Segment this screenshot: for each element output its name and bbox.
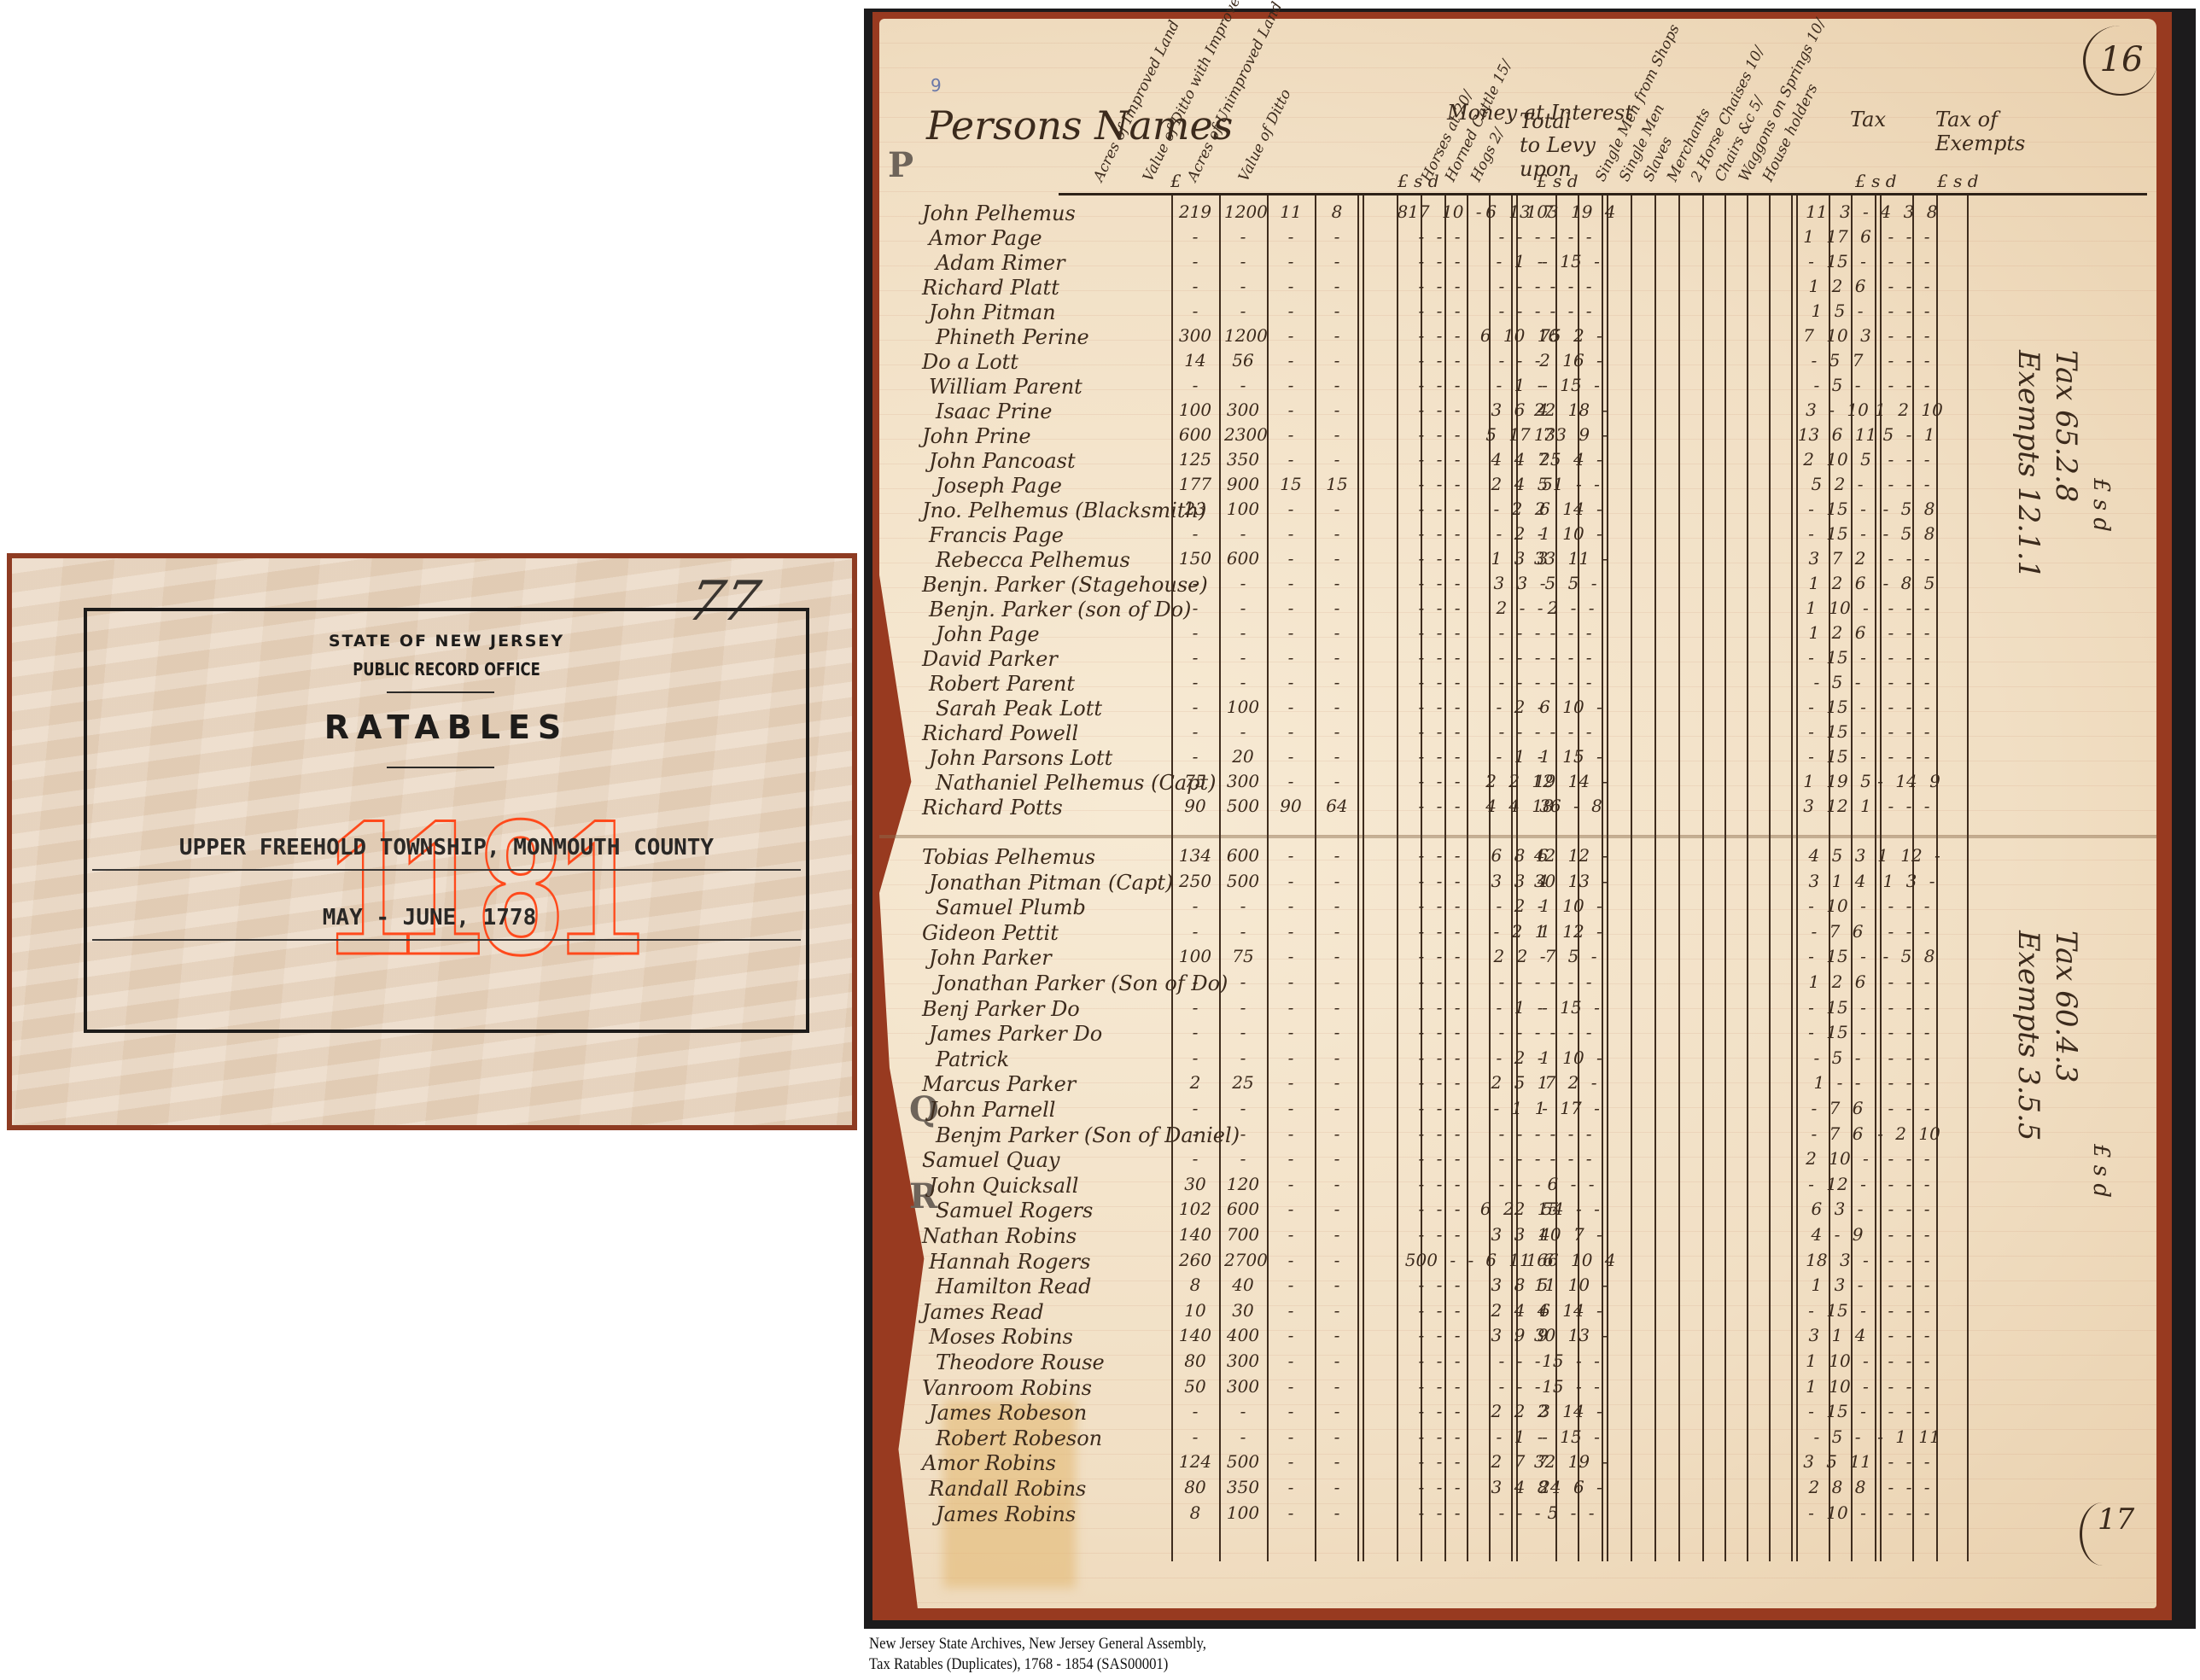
cell-exempt: - - - bbox=[1862, 548, 1956, 569]
cell-exempt: 5 - 1 bbox=[1862, 424, 1956, 445]
cell-value: - bbox=[1224, 226, 1262, 247]
cell-acres: 100 bbox=[1176, 400, 1214, 420]
cell-exempt: - - - bbox=[1862, 474, 1956, 494]
person-name: Richard Powell bbox=[922, 721, 1078, 745]
cell-unimp-value: - bbox=[1318, 746, 1356, 767]
cell-acres: - bbox=[1176, 1047, 1214, 1068]
cell-acres: 10 bbox=[1176, 1300, 1214, 1321]
person-name: Sarah Peak Lott bbox=[936, 697, 1102, 720]
cell-acres: 125 bbox=[1176, 449, 1214, 470]
cell-acres: - bbox=[1176, 1123, 1214, 1144]
cell-acres: - bbox=[1176, 300, 1214, 321]
cell-unimp-acres: - bbox=[1272, 895, 1310, 916]
cell-unimp-acres: - bbox=[1272, 1350, 1310, 1371]
cell-value: 56 bbox=[1224, 350, 1262, 370]
col-rule bbox=[1631, 195, 1632, 1561]
cell-unimp-acres: - bbox=[1272, 946, 1310, 966]
person-name: Robert Parent bbox=[929, 672, 1075, 696]
cell-unimp-value: - bbox=[1318, 325, 1356, 346]
col-header: Value of Ditto bbox=[1235, 87, 1295, 184]
cell-total: 30 13 - bbox=[1515, 1325, 1626, 1345]
person-name: Hannah Rogers bbox=[929, 1250, 1090, 1274]
cell-acres: 23 bbox=[1176, 499, 1214, 519]
cell-total: - 15 - bbox=[1515, 251, 1626, 271]
cell-value: 900 bbox=[1224, 474, 1262, 494]
cell-unimp-acres: - bbox=[1272, 1275, 1310, 1295]
person-name: John Pelhemus bbox=[922, 201, 1076, 225]
cell-unimp-value: - bbox=[1318, 1199, 1356, 1219]
cell-total: 32 19 - bbox=[1515, 1451, 1626, 1472]
cell-acres: - bbox=[1176, 697, 1214, 717]
cell-acres: - bbox=[1176, 523, 1214, 544]
cell-value: 500 bbox=[1224, 796, 1262, 816]
cell-unimp-acres: - bbox=[1272, 1401, 1310, 1421]
cell-acres: 50 bbox=[1176, 1376, 1214, 1397]
person-name: John Parker bbox=[929, 946, 1052, 970]
cell-value: 300 bbox=[1224, 1376, 1262, 1397]
person-name: Benjn. Parker (son of Do) bbox=[929, 598, 1191, 621]
cell-total: 1 10 - bbox=[1515, 895, 1626, 916]
cell-acres: 219 bbox=[1176, 201, 1214, 222]
cell-unimp-acres: - bbox=[1272, 721, 1310, 742]
person-name: Amor Page bbox=[929, 226, 1042, 250]
margin-currency-upper: £ s d bbox=[2088, 478, 2114, 532]
cell-total: 24 6 - bbox=[1515, 1477, 1626, 1497]
person-name: Phineth Perine bbox=[936, 325, 1089, 349]
cell-unimp-acres: - bbox=[1272, 1376, 1310, 1397]
cell-unimp-value: - bbox=[1318, 946, 1356, 966]
cell-acres: - bbox=[1176, 672, 1214, 692]
cell-total: - - - bbox=[1515, 721, 1626, 742]
cell-exempt: - - - bbox=[1862, 276, 1956, 296]
cell-exempt: - 5 8 bbox=[1862, 499, 1956, 519]
cell-unimp-value: - bbox=[1318, 721, 1356, 742]
cell-exempt: - - - bbox=[1862, 1401, 1956, 1421]
cell-unimp-value: - bbox=[1318, 499, 1356, 519]
cell-value: 500 bbox=[1224, 1451, 1262, 1472]
cell-unimp-value: - bbox=[1318, 1022, 1356, 1042]
cell-total: 51 - - bbox=[1515, 474, 1626, 494]
cell-total: - - - bbox=[1515, 276, 1626, 296]
cell-total: 11 10 - bbox=[1515, 1275, 1626, 1295]
cell-exempt: - 5 8 bbox=[1862, 946, 1956, 966]
cell-exempt: 1 2 10 bbox=[1862, 400, 1956, 420]
margin-total-tax-upper: Tax 65.2.8 bbox=[2049, 350, 2083, 502]
cell-exempt: - - - bbox=[1862, 449, 1956, 470]
person-name: Patrick bbox=[936, 1047, 1009, 1071]
cell-exempt: - - - bbox=[1862, 721, 1956, 742]
cell-total: 1 10 - bbox=[1515, 523, 1626, 544]
cell-exempt: - - - bbox=[1862, 1502, 1956, 1523]
person-name: Nathaniel Pelhemus (Capt) bbox=[936, 771, 1217, 795]
cell-unimp-value: - bbox=[1318, 672, 1356, 692]
cell-total: - 15 - bbox=[1515, 997, 1626, 1018]
cell-acres: 260 bbox=[1176, 1250, 1214, 1270]
section-letter-p: P bbox=[888, 145, 913, 185]
cell-exempt: - - - bbox=[1862, 895, 1956, 916]
person-name: Vanroom Robins bbox=[922, 1376, 1092, 1400]
cell-unimp-value: - bbox=[1318, 1047, 1356, 1068]
cell-unimp-acres: - bbox=[1272, 1123, 1310, 1144]
person-name: Randall Robins bbox=[929, 1477, 1086, 1501]
cell-unimp-acres: - bbox=[1272, 622, 1310, 643]
cell-unimp-acres: - bbox=[1272, 1477, 1310, 1497]
cell-unimp-value: - bbox=[1318, 449, 1356, 470]
cell-unimp-value: - bbox=[1318, 1072, 1356, 1093]
cell-acres: 140 bbox=[1176, 1325, 1214, 1345]
col-rule bbox=[1315, 195, 1316, 1561]
cell-acres: 80 bbox=[1176, 1350, 1214, 1371]
cell-acres: - bbox=[1176, 721, 1214, 742]
cell-total: 75 2 - bbox=[1515, 325, 1626, 346]
cell-value: - bbox=[1224, 300, 1262, 321]
cell-acres: - bbox=[1176, 573, 1214, 593]
cell-exempt: - - - bbox=[1862, 1098, 1956, 1118]
cell-value: - bbox=[1224, 721, 1262, 742]
person-name: Rebecca Pelhemus bbox=[936, 548, 1130, 572]
cell-value: 30 bbox=[1224, 1300, 1262, 1321]
cell-unimp-acres: - bbox=[1272, 1174, 1310, 1194]
cell-exempt: - - - bbox=[1862, 300, 1956, 321]
person-name: David Parker bbox=[922, 647, 1058, 671]
cell-unimp-acres: 90 bbox=[1272, 796, 1310, 816]
col-rule bbox=[1363, 195, 1364, 1561]
cell-value: 600 bbox=[1224, 1199, 1262, 1219]
cell-unimp-value: - bbox=[1318, 921, 1356, 942]
col-header-tax: Tax bbox=[1850, 108, 1886, 131]
cell-acres: 177 bbox=[1176, 474, 1214, 494]
cell-unimp-acres: - bbox=[1272, 400, 1310, 420]
cell-exempt: - - - bbox=[1862, 375, 1956, 395]
cell-unimp-value: - bbox=[1318, 251, 1356, 271]
cell-exempt: - - - bbox=[1862, 598, 1956, 618]
cell-acres: 150 bbox=[1176, 548, 1214, 569]
cell-acres: - bbox=[1176, 1022, 1214, 1042]
cell-acres: - bbox=[1176, 1426, 1214, 1447]
cell-total: 1 10 - bbox=[1515, 1047, 1626, 1068]
cell-total: 5 - - bbox=[1515, 1502, 1626, 1523]
currency-subhead: £ bbox=[1170, 171, 1182, 191]
archive-caption: New Jersey State Archives, New Jersey Ge… bbox=[869, 1634, 1206, 1675]
person-name: Jno. Pelhemus (Blacksmith) bbox=[922, 499, 1206, 522]
cell-unimp-acres: - bbox=[1272, 1325, 1310, 1345]
cell-unimp-value: - bbox=[1318, 424, 1356, 445]
cell-unimp-acres: - bbox=[1272, 746, 1310, 767]
cell-unimp-acres: - bbox=[1272, 1502, 1310, 1523]
cell-exempt: - - - bbox=[1862, 1275, 1956, 1295]
cell-total: 6 14 - bbox=[1515, 499, 1626, 519]
page-number: 16 bbox=[2100, 40, 2144, 79]
person-name: Amor Robins bbox=[922, 1451, 1056, 1475]
cell-value: 700 bbox=[1224, 1224, 1262, 1245]
cell-exempt: - - - bbox=[1862, 325, 1956, 346]
cell-total: 166 10 4 bbox=[1515, 1250, 1626, 1270]
cell-unimp-acres: - bbox=[1272, 845, 1310, 866]
cell-total: 36 - 8 bbox=[1515, 796, 1626, 816]
cell-exempt: - - - bbox=[1862, 350, 1956, 370]
cell-unimp-acres: - bbox=[1272, 573, 1310, 593]
cell-acres: 600 bbox=[1176, 424, 1214, 445]
cell-total: 2 16 - bbox=[1515, 350, 1626, 370]
cell-total: 1 15 - bbox=[1515, 746, 1626, 767]
cell-value: - bbox=[1224, 1426, 1262, 1447]
cell-acres: - bbox=[1176, 622, 1214, 643]
person-name: William Parent bbox=[929, 375, 1082, 399]
cell-unimp-value: - bbox=[1318, 523, 1356, 544]
cell-value: - bbox=[1224, 1022, 1262, 1042]
cell-value: 1200 bbox=[1224, 201, 1262, 222]
person-name: John Quicksall bbox=[929, 1174, 1078, 1198]
cell-value: 500 bbox=[1224, 871, 1262, 891]
cell-unimp-value: - bbox=[1318, 1148, 1356, 1169]
cell-acres: 134 bbox=[1176, 845, 1214, 866]
cell-total: 3 14 - bbox=[1515, 1401, 1626, 1421]
cell-unimp-value: - bbox=[1318, 400, 1356, 420]
person-name: Marcus Parker bbox=[922, 1072, 1076, 1096]
cell-unimp-acres: - bbox=[1272, 350, 1310, 370]
col-rule bbox=[1747, 195, 1748, 1561]
cell-acres: 75 bbox=[1176, 771, 1214, 791]
person-name: Isaac Prine bbox=[936, 400, 1052, 423]
cell-total: - - - bbox=[1515, 1022, 1626, 1042]
cell-value: - bbox=[1224, 921, 1262, 942]
cell-unimp-value: - bbox=[1318, 375, 1356, 395]
cell-total: 54 - - bbox=[1515, 1199, 1626, 1219]
col-rule bbox=[1654, 195, 1656, 1561]
person-name: John Pitman bbox=[929, 300, 1056, 324]
cell-value: 600 bbox=[1224, 548, 1262, 569]
cell-unimp-value: - bbox=[1318, 845, 1356, 866]
cell-unimp-value: - bbox=[1318, 1325, 1356, 1345]
cell-exempt: - - - bbox=[1862, 622, 1956, 643]
person-name: Samuel Rogers bbox=[936, 1199, 1093, 1222]
cell-exempt: - - - bbox=[1862, 746, 1956, 767]
cell-unimp-value: - bbox=[1318, 771, 1356, 791]
cell-unimp-acres: 15 bbox=[1272, 474, 1310, 494]
col-header-exempts: Tax of Exempts bbox=[1935, 108, 2004, 155]
cell-acres: - bbox=[1176, 598, 1214, 618]
column-headers: Acres of Improved Land Value of Ditto wi… bbox=[1071, 19, 2062, 193]
cell-acres: - bbox=[1176, 746, 1214, 767]
cell-unimp-value: - bbox=[1318, 1250, 1356, 1270]
cell-total: 6 - - bbox=[1515, 1174, 1626, 1194]
cell-total: 2 - - bbox=[1515, 598, 1626, 618]
cell-value: - bbox=[1224, 997, 1262, 1018]
person-name: Do a Lott bbox=[922, 350, 1018, 374]
cell-value: 100 bbox=[1224, 499, 1262, 519]
cell-acres: - bbox=[1176, 375, 1214, 395]
cell-unimp-acres: - bbox=[1272, 499, 1310, 519]
cell-total: - - - bbox=[1515, 647, 1626, 668]
cell-unimp-value: - bbox=[1318, 1098, 1356, 1118]
cell-total: 42 12 - bbox=[1515, 845, 1626, 866]
person-name: James Robins bbox=[936, 1502, 1076, 1526]
margin-total-exempts-lower: Exempts 3.5.5 bbox=[2011, 930, 2045, 1141]
cell-exempt: - - - bbox=[1862, 1451, 1956, 1472]
cell-value: 120 bbox=[1224, 1174, 1262, 1194]
cell-unimp-value: - bbox=[1318, 1350, 1356, 1371]
cell-exempt: - - - bbox=[1862, 1174, 1956, 1194]
cell-unimp-acres: - bbox=[1272, 1451, 1310, 1472]
cell-unimp-value: - bbox=[1318, 350, 1356, 370]
cell-value: - bbox=[1224, 1401, 1262, 1421]
cell-unimp-acres: - bbox=[1272, 771, 1310, 791]
cell-total: - 15 - bbox=[1515, 375, 1626, 395]
cell-value: - bbox=[1224, 971, 1262, 992]
cell-unimp-acres: - bbox=[1272, 921, 1310, 942]
cell-unimp-value: - bbox=[1318, 1300, 1356, 1321]
cell-value: - bbox=[1224, 375, 1262, 395]
archive-stamp-mark: 9 bbox=[931, 75, 942, 96]
cell-unimp-acres: - bbox=[1272, 1199, 1310, 1219]
cell-exempt: - 14 9 bbox=[1862, 771, 1956, 791]
cell-unimp-acres: 11 bbox=[1272, 201, 1310, 222]
cell-unimp-acres: - bbox=[1272, 598, 1310, 618]
person-name: John Page bbox=[936, 622, 1040, 646]
cell-exempt: - - - bbox=[1862, 1250, 1956, 1270]
cell-unimp-value: - bbox=[1318, 1401, 1356, 1421]
cell-exempt: 1 3 - bbox=[1862, 871, 1956, 891]
cell-exempt: - - - bbox=[1862, 1199, 1956, 1219]
cell-exempt: - - - bbox=[1862, 226, 1956, 247]
cell-total: 6 10 - bbox=[1515, 697, 1626, 717]
cell-unimp-value: - bbox=[1318, 1426, 1356, 1447]
caption-line-2: Tax Ratables (Duplicates), 1768 - 1854 (… bbox=[869, 1654, 1206, 1675]
cell-unimp-acres: - bbox=[1272, 1148, 1310, 1169]
col-rule bbox=[1967, 195, 1969, 1561]
cell-total: 15 - - bbox=[1515, 1376, 1626, 1397]
col-rule bbox=[1724, 195, 1726, 1561]
cell-value: 400 bbox=[1224, 1325, 1262, 1345]
cell-value: 40 bbox=[1224, 1275, 1262, 1295]
cell-unimp-acres: - bbox=[1272, 424, 1310, 445]
cell-unimp-value: - bbox=[1318, 697, 1356, 717]
cell-value: - bbox=[1224, 895, 1262, 916]
cell-acres: 8 bbox=[1176, 1502, 1214, 1523]
cell-unimp-acres: - bbox=[1272, 276, 1310, 296]
cell-acres: - bbox=[1176, 997, 1214, 1018]
cell-unimp-acres: - bbox=[1272, 226, 1310, 247]
cell-total: 7 5 - bbox=[1515, 946, 1626, 966]
cell-value: 300 bbox=[1224, 1350, 1262, 1371]
col-rule bbox=[1357, 195, 1359, 1561]
cell-unimp-value: - bbox=[1318, 1123, 1356, 1144]
cell-unimp-acres: - bbox=[1272, 523, 1310, 544]
person-name: James Robeson bbox=[929, 1401, 1087, 1425]
cell-exempt: - - - bbox=[1862, 921, 1956, 942]
cell-acres: 100 bbox=[1176, 946, 1214, 966]
cell-unimp-value: - bbox=[1318, 1477, 1356, 1497]
person-name: Samuel Quay bbox=[922, 1148, 1059, 1172]
col-rule bbox=[1219, 195, 1221, 1561]
cell-exempt: - - - bbox=[1862, 1047, 1956, 1068]
cell-total: - - - bbox=[1515, 971, 1626, 992]
cell-unimp-value: - bbox=[1318, 895, 1356, 916]
cell-value: 1200 bbox=[1224, 325, 1262, 346]
cell-value: 350 bbox=[1224, 449, 1262, 470]
cell-value: - bbox=[1224, 1123, 1262, 1144]
cell-unimp-acres: - bbox=[1272, 375, 1310, 395]
cell-exempt: - - - bbox=[1862, 1148, 1956, 1169]
cell-unimp-value: - bbox=[1318, 647, 1356, 668]
person-name: Benjn. Parker (Stagehouse) bbox=[922, 573, 1208, 597]
cell-exempt: - - - bbox=[1862, 672, 1956, 692]
cell-acres: 2 bbox=[1176, 1072, 1214, 1093]
cell-acres: 124 bbox=[1176, 1451, 1214, 1472]
cell-value: 20 bbox=[1224, 746, 1262, 767]
cell-acres: 14 bbox=[1176, 350, 1214, 370]
cell-exempt: - - - bbox=[1862, 796, 1956, 816]
cell-unimp-value: - bbox=[1318, 997, 1356, 1018]
cell-unimp-value: - bbox=[1318, 622, 1356, 643]
cell-total: 19 14 - bbox=[1515, 771, 1626, 791]
cell-exempt: - - - bbox=[1862, 1224, 1956, 1245]
cell-acres: 80 bbox=[1176, 1477, 1214, 1497]
margin-total-tax-lower: Tax 60.4.3 bbox=[2049, 930, 2083, 1082]
cell-unimp-value: - bbox=[1318, 573, 1356, 593]
cell-unimp-acres: - bbox=[1272, 251, 1310, 271]
person-name: Jonathan Pitman (Capt) bbox=[929, 871, 1173, 895]
cell-acres: 300 bbox=[1176, 325, 1214, 346]
person-name: Hamilton Read bbox=[936, 1275, 1091, 1298]
cell-value: 2300 bbox=[1224, 424, 1262, 445]
cell-unimp-value: - bbox=[1318, 300, 1356, 321]
cell-value: - bbox=[1224, 622, 1262, 643]
cell-unimp-value: - bbox=[1318, 1451, 1356, 1472]
cell-unimp-value: - bbox=[1318, 1376, 1356, 1397]
cell-total: - - - bbox=[1515, 300, 1626, 321]
col-header: Acres of Improved Land bbox=[1090, 18, 1183, 184]
person-name: John Pancoast bbox=[929, 449, 1076, 473]
cell-total: - - - bbox=[1515, 1123, 1626, 1144]
cell-exempt: - - - bbox=[1862, 997, 1956, 1018]
cell-unimp-acres: - bbox=[1272, 449, 1310, 470]
cell-value: 25 bbox=[1224, 1072, 1262, 1093]
cell-unimp-acres: - bbox=[1272, 1224, 1310, 1245]
cell-unimp-acres: - bbox=[1272, 1047, 1310, 1068]
cell-total: - - - bbox=[1515, 622, 1626, 643]
cell-total: 15 - - bbox=[1515, 1350, 1626, 1371]
currency-subhead: £ s d bbox=[1537, 171, 1579, 191]
cell-unimp-acres: - bbox=[1272, 871, 1310, 891]
person-name: Tobias Pelhemus bbox=[922, 845, 1095, 869]
cell-total: 103 19 4 bbox=[1515, 201, 1626, 222]
page-number-circled: 16 bbox=[2083, 26, 2157, 96]
cell-value: 350 bbox=[1224, 1477, 1262, 1497]
cell-acres: - bbox=[1176, 647, 1214, 668]
col-rule bbox=[1769, 195, 1771, 1561]
person-name: Richard Platt bbox=[922, 276, 1059, 300]
cell-total: 6 14 - bbox=[1515, 1300, 1626, 1321]
person-name: Robert Robeson bbox=[936, 1426, 1102, 1450]
cell-unimp-acres: - bbox=[1272, 1022, 1310, 1042]
person-name: Richard Potts bbox=[922, 796, 1063, 820]
cell-total: 25 4 - bbox=[1515, 449, 1626, 470]
cell-acres: 140 bbox=[1176, 1224, 1214, 1245]
cell-total: 22 18 - bbox=[1515, 400, 1626, 420]
person-name: Joseph Page bbox=[936, 474, 1062, 498]
cell-exempt: - - - bbox=[1862, 697, 1956, 717]
currency-subhead: £ s d bbox=[1855, 171, 1897, 191]
cell-unimp-acres: - bbox=[1272, 672, 1310, 692]
person-name: John Parnell bbox=[929, 1098, 1055, 1122]
cell-exempt: - - - bbox=[1862, 1376, 1956, 1397]
cell-total: 30 13 - bbox=[1515, 871, 1626, 891]
cell-value: - bbox=[1224, 1047, 1262, 1068]
cell-acres: - bbox=[1176, 251, 1214, 271]
cell-total: - - - bbox=[1515, 672, 1626, 692]
cell-unimp-value: - bbox=[1318, 1224, 1356, 1245]
